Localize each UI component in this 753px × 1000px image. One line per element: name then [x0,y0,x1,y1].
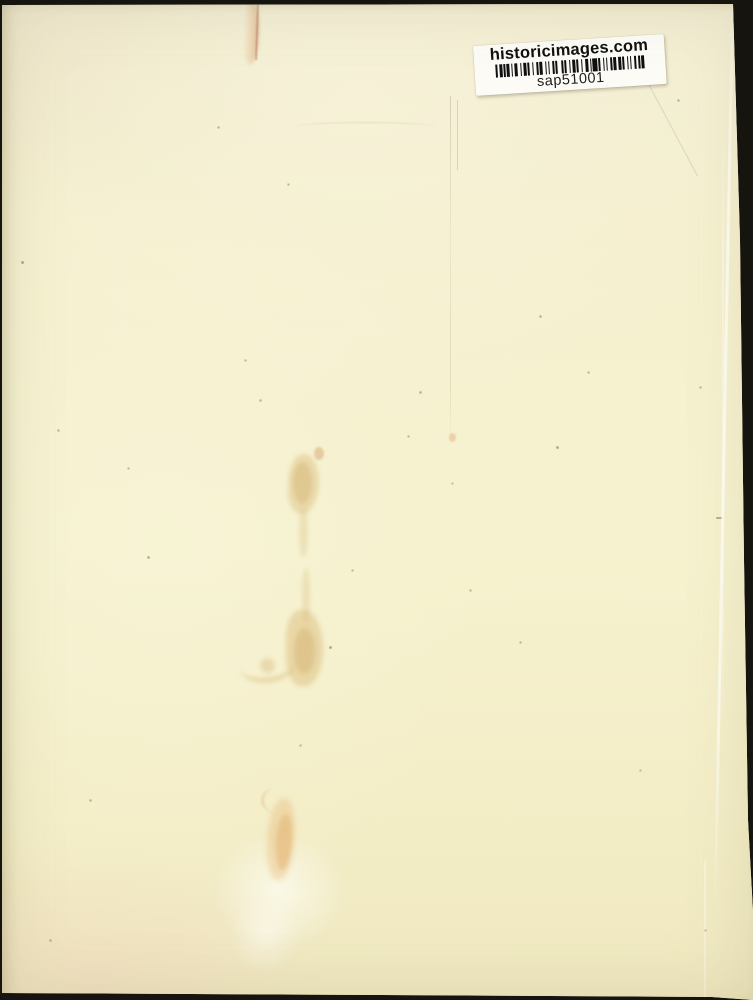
stain-center-tail [237,641,300,687]
vertical-crease-short [457,100,458,170]
horizontal-mark [296,122,436,132]
photo-edge-highlight [714,6,734,908]
pale-abrasion-area [155,838,355,1000]
photo-back-paper: historicimages.com sap51001 [0,0,753,1000]
stain-center-tail-blob [260,658,275,673]
small-dark-dash [716,517,723,519]
stain-center-upper [286,453,321,515]
right-side-crease [722,135,724,735]
stain-bottom-arc [261,788,291,813]
scanner-background: historicimages.com sap51001 [0,0,753,1000]
stain-top-streak [242,2,260,65]
stain-top-streak-edge [255,4,259,60]
stain-center-upper-core [293,462,312,504]
dust-speckles [0,0,1,1]
stain-bottom-core [274,814,294,871]
inventory-sticker: historicimages.com sap51001 [473,34,667,96]
crease-spot [449,433,456,442]
sticker-code-text: sap51001 [537,71,606,90]
stain-center-dot [314,447,324,460]
vertical-crease [450,96,451,446]
stain-bottom [263,797,298,881]
pale-abrasion-area-2 [210,885,320,995]
bottom-right-crease [704,860,706,1000]
stain-center-lower-core [294,628,315,674]
stain-center-mid-streak [299,507,308,557]
diagonal-crease [648,84,698,176]
stain-center-low-streak [302,568,310,624]
stain-center-lower [286,610,323,686]
